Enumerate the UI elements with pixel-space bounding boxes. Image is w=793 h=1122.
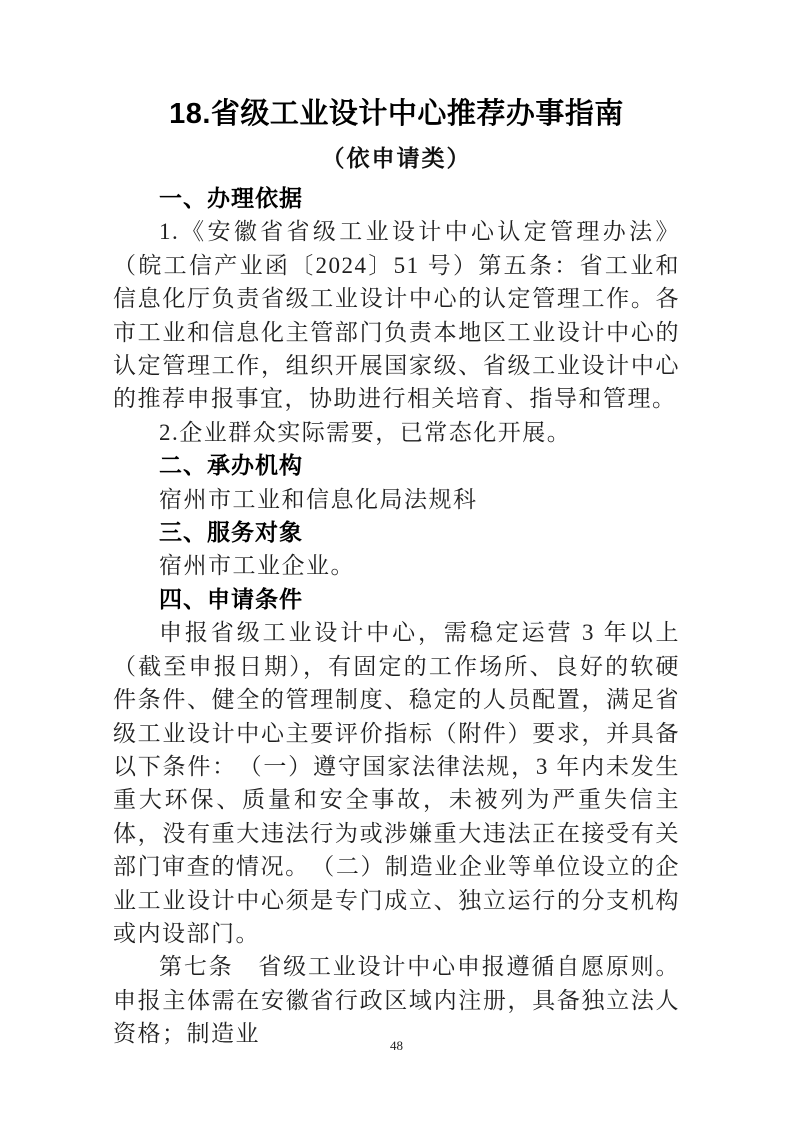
section-heading-undertaking-agency: 二、承办机构 — [113, 449, 680, 482]
paragraph-basis-1: 1.《安徽省省级工业设计中心认定管理办法》（皖工信产业函〔2024〕51 号）第… — [113, 215, 680, 415]
paragraph-conditions-2: 第七条 省级工业设计中心申报遵循自愿原则。申报主体需在安徽省行政区域内注册，具备… — [113, 950, 680, 1050]
section-heading-service-target: 三、服务对象 — [113, 516, 680, 549]
section-service-target: 三、服务对象 宿州市工业企业。 — [113, 516, 680, 583]
paragraph-conditions-1: 申报省级工业设计中心，需稳定运营 3 年以上（截至申报日期），有固定的工作场所、… — [113, 616, 680, 950]
document-content: 18.省级工业设计中心推荐办事指南 （依申请类） 一、办理依据 1.《安徽省省级… — [113, 94, 680, 1051]
section-undertaking-agency: 二、承办机构 宿州市工业和信息化局法规科 — [113, 449, 680, 516]
document-subtitle: （依申请类） — [113, 144, 680, 174]
section-handling-basis: 一、办理依据 1.《安徽省省级工业设计中心认定管理办法》（皖工信产业函〔2024… — [113, 182, 680, 449]
page-number: 48 — [0, 1038, 793, 1054]
paragraph-agency-name: 宿州市工业和信息化局法规科 — [113, 483, 680, 516]
section-heading-application-conditions: 四、申请条件 — [113, 583, 680, 616]
section-application-conditions: 四、申请条件 申报省级工业设计中心，需稳定运营 3 年以上（截至申报日期），有固… — [113, 583, 680, 1051]
section-heading-handling-basis: 一、办理依据 — [113, 182, 680, 215]
paragraph-basis-2: 2.企业群众实际需要，已常态化开展。 — [113, 416, 680, 449]
document-page: 18.省级工业设计中心推荐办事指南 （依申请类） 一、办理依据 1.《安徽省省级… — [0, 0, 793, 1122]
document-title: 18.省级工业设计中心推荐办事指南 — [113, 94, 680, 134]
paragraph-service-target: 宿州市工业企业。 — [113, 549, 680, 582]
